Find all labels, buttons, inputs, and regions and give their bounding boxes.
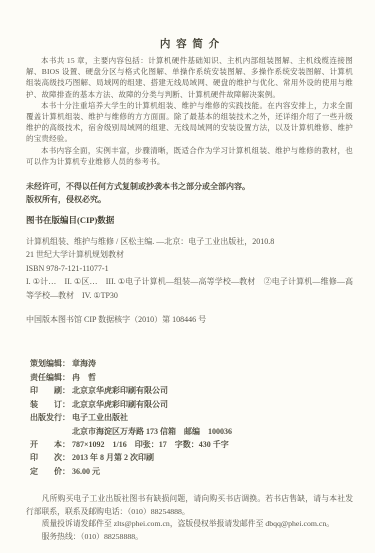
cip-title-line: 计算机组装、维护与维修 / 区松主编. —北京：电子工业出版社，2010.8 xyxy=(26,235,353,248)
summary-paragraph: 本书十分注重培养大学生的计算机组装、维护与维修的实践技能。在内容安排上，力求全面… xyxy=(26,100,353,145)
publication-value: 2013 年 8 月第 2 次印刷 xyxy=(72,453,154,462)
publication-label: 开 本： xyxy=(30,438,72,451)
publication-info: 策划编辑：章海涛 责任编辑：冉 哲 印 刷：北京京华虎彩印刷有限公司 装 订：北… xyxy=(30,357,353,478)
summary-paragraph: 本书内容全面，实例丰富，步骤清晰，既适合作为学习计算机组装、维护与维修的教材，也… xyxy=(26,145,353,167)
publication-value: 电子工业出版社 xyxy=(72,413,128,422)
cip-heading: 图书在版编目(CIP)数据 xyxy=(26,214,353,226)
content-summary-section: 内容简介 本书共 15 章，主要内容包括：计算机硬件基础知识、主机内部组装图解、… xyxy=(26,36,353,167)
publication-label: 定 价： xyxy=(30,465,72,478)
publication-row-price: 定 价：36.00 元 xyxy=(30,465,353,478)
cip-classification: I. ①计… II. ①区… III. ①电子计算机—组装—高等学校—教材 ②电… xyxy=(26,275,353,302)
cip-section: 图书在版编目(CIP)数据 计算机组装、维护与维修 / 区松主编. —北京：电子… xyxy=(26,214,353,326)
service-note-exchange: 凡所购买电子工业出版社图书有缺损问题，请向购买书店调换。若书店售缺，请与本社发行… xyxy=(26,493,353,518)
publication-row-format: 开 本：787×1092 1/16 印张：17 字数：430 千字 xyxy=(30,438,353,451)
publication-label: 印 刷： xyxy=(30,384,72,397)
service-note-hotline: 服务热线：（010）88258888。 xyxy=(26,531,353,544)
publication-value: 北京京华虎彩印刷有限公司 xyxy=(72,386,168,395)
book-copyright-page: 内容简介 本书共 15 章，主要内容包括：计算机硬件基础知识、主机内部组装图解、… xyxy=(0,0,375,553)
publication-value: 北京市海淀区万寿路 173 信箱 邮编 100036 xyxy=(72,427,232,436)
publication-value: 787×1092 1/16 印张：17 字数：430 千字 xyxy=(72,440,229,449)
publication-row-printer: 印 刷：北京京华虎彩印刷有限公司 xyxy=(30,384,353,397)
publication-row-binder: 装 订：北京京华虎彩印刷有限公司 xyxy=(30,398,353,411)
publication-label: 出版发行： xyxy=(30,411,72,424)
publication-label: 装 订： xyxy=(30,398,72,411)
publication-row-planning-editor: 策划编辑：章海涛 xyxy=(30,357,353,370)
publication-row-print-run: 印 次：2013 年 8 月第 2 次印刷 xyxy=(30,451,353,464)
copyright-notice-line: 版权所有，侵权必究。 xyxy=(26,193,353,206)
copyright-notice: 未经许可，不得以任何方式复制或抄袭本书之部分或全部内容。 版权所有，侵权必究。 xyxy=(26,180,353,206)
publication-value: 章海涛 xyxy=(72,359,96,368)
publication-label: 责任编辑： xyxy=(30,371,72,384)
publication-row-address: 北京市海淀区万寿路 173 信箱 邮编 100036 xyxy=(30,425,353,438)
copyright-notice-line: 未经许可，不得以任何方式复制或抄袭本书之部分或全部内容。 xyxy=(26,180,353,193)
summary-title: 内容简介 xyxy=(26,36,353,51)
cip-isbn-line: ISBN 978-7-121-11077-1 xyxy=(26,262,353,275)
publication-value: 冉 哲 xyxy=(72,373,96,382)
publication-row-publisher: 出版发行：电子工业出版社 xyxy=(30,411,353,424)
service-notes: 凡所购买电子工业出版社图书有缺损问题，请向购买书店调换。若书店售缺，请与本社发行… xyxy=(26,493,353,543)
service-note-email: 质量投诉请发邮件至 zlts@phei.com.cn，盗版侵权举报请发邮件至 d… xyxy=(26,518,353,531)
publication-value: 36.00 元 xyxy=(72,467,100,476)
publication-label: 印 次： xyxy=(30,451,72,464)
publication-label: 策划编辑： xyxy=(30,357,72,370)
publication-row-executive-editor: 责任编辑：冉 哲 xyxy=(30,371,353,384)
cip-record-line: 中国版本图书馆 CIP 数据核字（2010）第 108446 号 xyxy=(26,313,353,326)
publication-value: 北京京华虎彩印刷有限公司 xyxy=(72,400,168,409)
cip-series-line: 21 世纪大学计算机规划教材 xyxy=(26,248,353,261)
summary-paragraph: 本书共 15 章，主要内容包括：计算机硬件基础知识、主机内部组装图解、主机线缆连… xyxy=(26,55,353,100)
